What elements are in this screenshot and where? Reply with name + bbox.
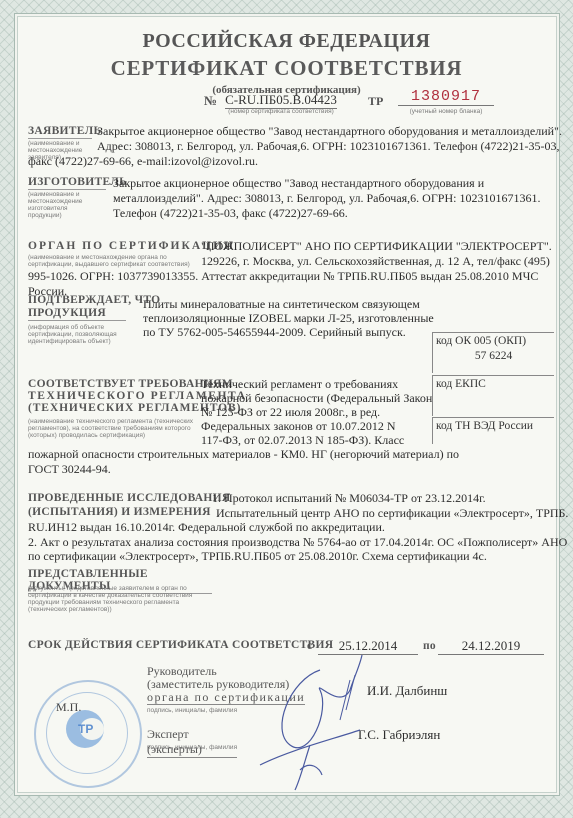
validity-to: 24.12.2019 xyxy=(438,638,544,655)
certificate-title: СЕРТИФИКАТ СООТВЕТСТВИЯ xyxy=(0,56,573,81)
blank-number: 1380917 xyxy=(398,88,494,106)
cert-body-line2: 129226, г. Москва, ул. Сельскохозяйствен… xyxy=(201,254,550,269)
applicant-label: ЗАЯВИТЕЛЬ xyxy=(28,125,92,139)
applicant-line2: Адрес: 308013, г. Белгород, ул. Рабочая,… xyxy=(97,139,559,154)
head-caption: подпись, инициалы, фамилия xyxy=(147,707,237,714)
tp-prefix: ТР xyxy=(368,94,383,109)
product-label-2: ПРОДУКЦИЯ xyxy=(28,307,126,321)
research-label-1: ПРОВЕДЕННЫЕ ИССЛЕДОВАНИЯ xyxy=(28,492,231,504)
expert-label: Эксперт (эксперты) xyxy=(147,727,237,758)
product-line1: Плиты минераловатные на синтетическом св… xyxy=(143,297,420,312)
manufacturer-line2: металлоизделий". Адрес: 308013, г. Белго… xyxy=(113,191,540,206)
product-caption: (информация об объекте сертификации, поз… xyxy=(28,324,148,345)
okp-value: 57 6224 xyxy=(436,350,551,362)
documents-caption: (документы, представленные заявителем в … xyxy=(28,585,196,613)
country-title: РОССИЙСКАЯ ФЕДЕРАЦИЯ xyxy=(0,30,573,53)
tnved-code-box: код ТН ВЭД России xyxy=(432,417,554,444)
expert-caption: подпись, инициалы, фамилия xyxy=(147,744,237,751)
research-line3: RU.ИН12 выдан 16.10.2014г. Федеральной с… xyxy=(28,520,385,535)
stamp-mp: М.П. xyxy=(56,700,81,715)
manufacturer-line3: Телефон (4722)21-35-03, факс (4722)27-69… xyxy=(113,206,348,221)
product-line3: по ТУ 5762-005-54655944-2009. Серийный в… xyxy=(143,325,406,340)
research-line1: 1. Протокол испытаний № М06034-ТР от 23.… xyxy=(212,491,486,506)
research-line2: Испытательный центр АНО по сертификации … xyxy=(216,506,568,521)
number-caption: (номер сертификата соответствия) xyxy=(225,108,337,115)
blank-caption: (учетный номер бланка) xyxy=(398,108,494,115)
signature-scribble-icon xyxy=(250,650,390,800)
requirements-line4: Федеральных законов от 10.07.2012 N xyxy=(201,419,396,434)
product-line2: теплоизоляционные IZOBEL марки Л-25, изг… xyxy=(143,311,434,326)
applicant-line1: Закрытое акционерное общество "Завод нес… xyxy=(97,124,562,139)
validity-to-prefix: по xyxy=(423,640,436,652)
okp-label: код ОК 005 (ОКП) xyxy=(436,335,551,347)
requirements-line6: пожарной опасности строительных материал… xyxy=(28,447,459,462)
certificate-number: C-RU.ПБ05.В.04423 xyxy=(225,92,337,109)
manufacturer-label: ИЗГОТОВИТЕЛЬ xyxy=(28,176,106,190)
research-label-2: (ИСПЫТАНИЯ) И ИЗМЕРЕНИЯ xyxy=(28,506,211,518)
ekps-code-box: код ЕКПС xyxy=(432,375,554,416)
requirements-line5: 117-ФЗ, от 02.07.2013 N 185-ФЗ). Класс xyxy=(201,433,404,448)
okp-code-box: код ОК 005 (ОКП) 57 6224 xyxy=(432,332,554,373)
ekps-label: код ЕКПС xyxy=(436,378,551,390)
requirements-line7: ГОСТ 30244-94. xyxy=(28,462,111,477)
cert-body-caption: (наименование и местонахождение органа п… xyxy=(28,254,193,268)
cert-body-line1: "ПОЖПОЛИСЕРТ" АНО ПО СЕРТИФИКАЦИИ "ЭЛЕКТ… xyxy=(201,239,552,254)
applicant-line3: факс (4722)27-69-66, e-mail:izovol@izovo… xyxy=(28,154,258,169)
requirements-line3: № 123-ФЗ от 22 июля 2008г., в ред. xyxy=(201,405,380,420)
product-label-1: ПОДТВЕРЖДАЕТ, ЧТО xyxy=(28,294,160,306)
research-line5: по сертификации «Электросерт», ТРПБ.RU.П… xyxy=(28,549,487,564)
tnved-label: код ТН ВЭД России xyxy=(436,420,551,432)
number-prefix: № xyxy=(204,93,217,109)
requirements-caption: (наименование технического регламента (т… xyxy=(28,418,198,439)
manufacturer-caption: (наименование и местонахождение изготови… xyxy=(28,191,98,219)
requirements-line2: пожарной безопасности (Федеральный Закон xyxy=(201,391,432,406)
requirements-line1: Технический регламент о требованиях xyxy=(201,377,398,392)
manufacturer-line1: Закрытое акционерное общество "Завод нес… xyxy=(113,176,484,191)
stamp-seal: ТР М.П. xyxy=(34,680,142,788)
research-line4: 2. Акт о результатах анализа состояния п… xyxy=(28,535,567,550)
